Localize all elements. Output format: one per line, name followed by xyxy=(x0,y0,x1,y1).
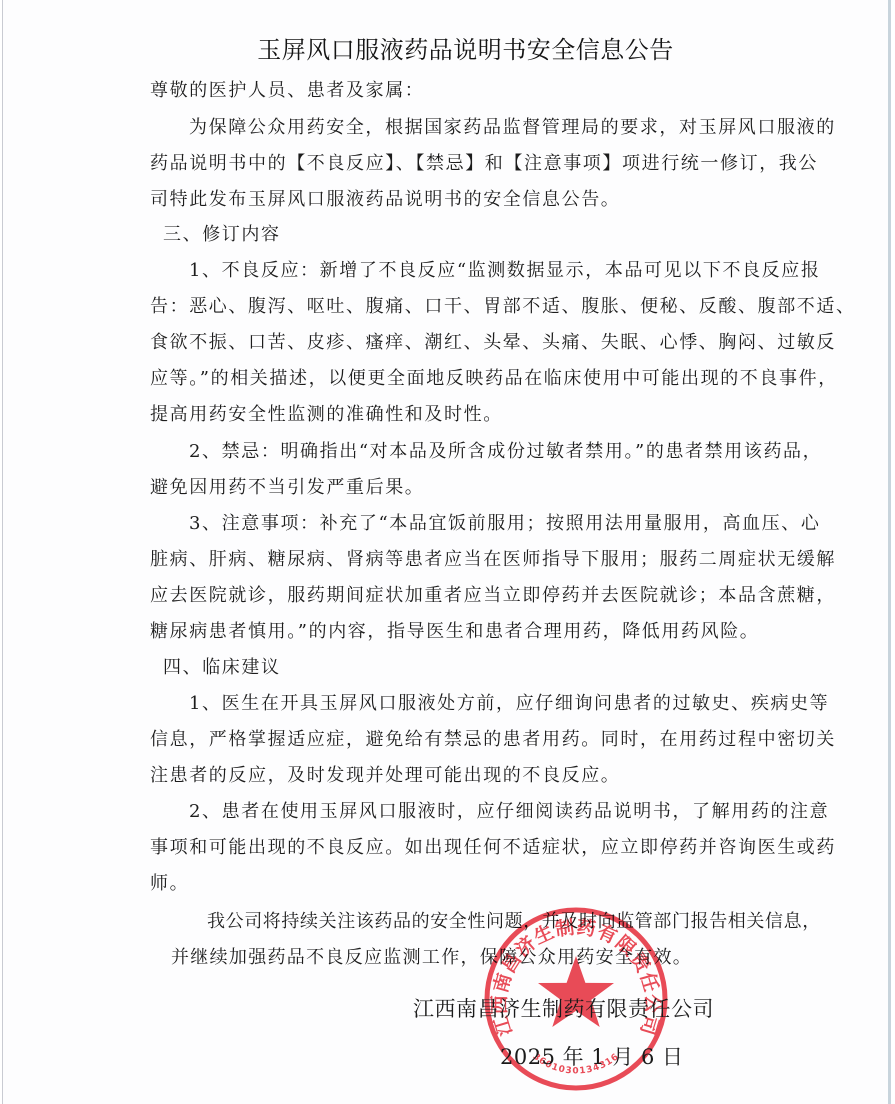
advice-patients-line-1: 2、患者在使用玉屏风口服液时，应仔细阅读药品说明书，了解用药的注意 xyxy=(189,800,829,824)
revision-adverse-reactions-line-5: 提高用药安全性监测的准确性和及时性。 xyxy=(150,403,503,427)
advice-doctors-line-2: 信息，严格掌握适应症，避免给有禁忌的患者用药。同时，在用药过程中密切关 xyxy=(150,728,836,752)
section-heading-revisions: 三、修订内容 xyxy=(163,223,281,247)
intro-line-1: 为保障公众用药安全，根据国家药品监督管理局的要求，对玉屏风口服液的 xyxy=(189,116,836,140)
advice-patients-line-2: 事项和可能出现的不良反应。如出现任何不适症状，应立即停药并咨询医生或药 xyxy=(150,836,836,860)
intro-line-2: 药品说明书中的【不良反应】、【禁忌】和【注意事项】项进行统一修订，我公 xyxy=(150,152,818,176)
revision-adverse-reactions-line-4: 应等。”的相关描述，以便更全面地反映药品在临床使用中可能出现的不良事件， xyxy=(150,367,838,391)
salutation: 尊敬的医护人员、患者及家属： xyxy=(150,79,424,103)
revision-precautions-line-3: 应去医院就诊，服药期间症状加重者应当立即停药并去医院就诊；本品含蔗糖， xyxy=(150,584,836,608)
revision-contraindications-line-1: 2、禁忌：明确指出“对本品及所含成份过敏者禁用。”的患者禁用该药品， xyxy=(189,440,822,464)
document-title: 玉屏风口服液药品说明书安全信息公告 xyxy=(3,30,895,65)
revision-precautions-line-4: 糖尿病患者慎用。”的内容，指导医生和患者合理用药，降低用药风险。 xyxy=(150,620,759,644)
revision-precautions-line-1: 3、注意事项：补充了“本品宜饭前服用；按照用法用量服用，高血压、心 xyxy=(189,512,820,536)
signature-date: 2025 年 1 月 6 日 xyxy=(500,1041,684,1071)
advice-doctors-line-1: 1、医生在开具玉屏风口服液处方前，应仔细询问患者的过敏史、疾病史等 xyxy=(189,692,829,716)
signature-company: 江西南昌济生制药有限责任公司 xyxy=(413,993,714,1023)
revision-adverse-reactions-line-3: 食欲不振、口苦、皮疹、瘙痒、潮红、头晕、头痛、失眠、心悸、胸闷、过敏反 xyxy=(150,331,836,355)
intro-line-3: 司特此发布玉屏风口服液药品说明书的安全信息公告。 xyxy=(150,188,620,212)
revision-adverse-reactions-line-2: 告：恶心、腹泻、呕吐、腹痛、口干、胃部不适、腹胀、便秘、反酸、腹部不适、 xyxy=(150,295,856,319)
document-page: 玉屏风口服液药品说明书安全信息公告 尊敬的医护人员、患者及家属： 为保障公众用药… xyxy=(2,0,891,1104)
revision-precautions-line-2: 脏病、肝病、糖尿病、肾病等患者应当在医师指导下服用；服药二周症状无缓解 xyxy=(150,548,836,572)
advice-doctors-line-3: 注患者的反应，及时发现并处理可能出现的不良反应。 xyxy=(150,764,620,788)
revision-contraindications-line-2: 避免因用药不当引发严重后果。 xyxy=(150,476,424,500)
section-heading-clinical-advice: 四、临床建议 xyxy=(163,656,281,680)
advice-patients-line-3: 师。 xyxy=(150,872,189,896)
revision-adverse-reactions-line-1: 1、不良反应：新增了不良反应“监测数据显示，本品可见以下不良反应报 xyxy=(189,259,820,283)
